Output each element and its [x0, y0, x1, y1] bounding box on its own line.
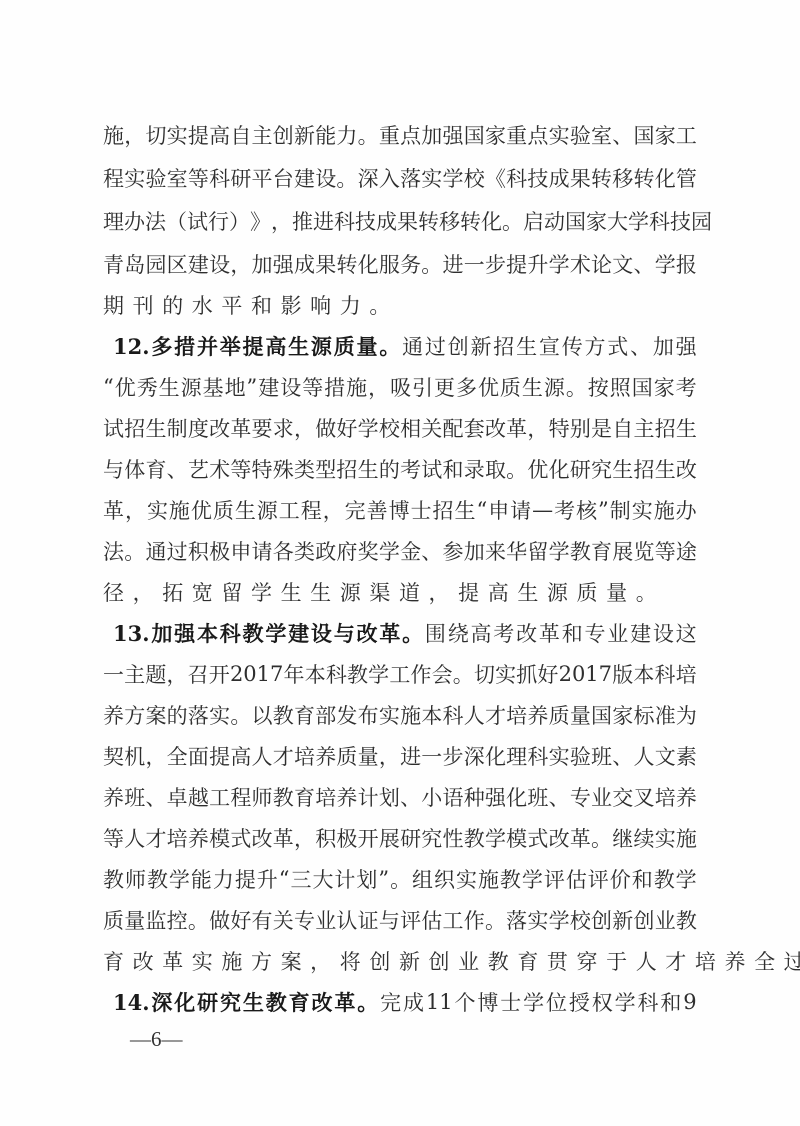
text-glyph: 生	[516, 331, 537, 361]
text-glyph: 工	[443, 905, 464, 935]
text-glyph: 照	[610, 372, 631, 402]
text-glyph: 士	[500, 987, 521, 1017]
text-glyph: 教	[570, 536, 591, 566]
text-glyph: 科	[209, 163, 230, 193]
text-glyph: 优	[527, 454, 548, 484]
heading-glyph: 究	[220, 987, 241, 1017]
text-glyph: 技	[355, 206, 376, 236]
text-glyph: 等	[103, 823, 124, 853]
text-glyph: 生	[159, 372, 180, 402]
text-glyph: 家	[654, 372, 675, 402]
text-glyph: 留	[221, 577, 242, 607]
text-glyph: 生	[517, 577, 538, 607]
text-glyph: 施	[169, 495, 190, 525]
text-glyph: 积	[315, 823, 336, 853]
text-glyph: 积	[188, 536, 209, 566]
text-glyph: 能	[315, 120, 336, 150]
text-glyph: 转	[336, 249, 357, 279]
text-glyph: 成	[294, 249, 315, 279]
text-glyph: 验	[570, 120, 591, 150]
text-glyph: 。	[591, 823, 612, 853]
text-glyph: 育	[591, 536, 612, 566]
text-glyph: 育	[294, 782, 315, 812]
text-glyph: 方	[584, 331, 605, 361]
text-glyph: 科	[334, 206, 355, 236]
text-glyph: 试	[421, 454, 442, 484]
text-glyph: 卓	[167, 782, 188, 812]
heading-glyph: 改	[312, 987, 333, 1017]
text-glyph: 程	[301, 495, 322, 525]
text-glyph: 进	[313, 206, 334, 236]
text-glyph: ，	[368, 372, 389, 402]
text-glyph: 工	[209, 782, 230, 812]
text-glyph: 响	[310, 290, 331, 320]
text-glyph: 9	[683, 990, 696, 1014]
text-glyph: 继	[612, 823, 633, 853]
heading-glyph: 14.	[113, 990, 150, 1015]
text-glyph: 年	[284, 659, 305, 689]
text-glyph: 革	[506, 413, 527, 443]
text-glyph: 质	[549, 700, 570, 730]
text-glyph: 才	[273, 741, 294, 771]
text-glyph: 展	[612, 536, 633, 566]
text-glyph: 生	[358, 454, 379, 484]
text-glyph: 径	[103, 577, 124, 607]
text-glyph: 览	[633, 536, 654, 566]
text-glyph: ，	[145, 741, 166, 771]
text-glyph: 。	[124, 536, 145, 566]
paragraph-line: 育改革实施方案，将创新创业教育贯穿于人才培养全过程。	[103, 946, 697, 976]
paragraph-line: 程实验室等科研平台建设。深入落实学校《科技成果转移转化管	[103, 163, 697, 193]
text-glyph: 大	[607, 206, 628, 236]
text-glyph: 好	[537, 659, 558, 689]
text-glyph: 度	[188, 413, 209, 443]
text-glyph: 教	[464, 823, 485, 853]
text-glyph: 的	[167, 700, 188, 730]
text-glyph: 移	[612, 163, 633, 193]
paragraph-line: 养方案的落实。以教育部发布实施本科人才培养质量国家标准为	[103, 700, 697, 730]
page-number: —6—	[130, 1027, 183, 1052]
text-glyph: 养	[103, 782, 124, 812]
text-glyph: 转	[633, 163, 654, 193]
text-glyph: 。	[390, 864, 411, 894]
text-glyph: 引	[412, 372, 433, 402]
text-glyph: 开	[209, 659, 230, 689]
text-glyph: 培	[294, 741, 315, 771]
heading-glyph: 。	[357, 987, 378, 1017]
text-glyph: 家	[485, 120, 506, 150]
text-glyph: 学	[485, 823, 506, 853]
paragraph-line: 养班、卓越工程师教育培养计划、小语种强化班、专业交叉培养	[103, 782, 697, 812]
text-glyph: 相	[400, 413, 421, 443]
text-glyph: 宽	[192, 577, 213, 607]
text-glyph: 参	[443, 536, 464, 566]
heading-glyph: 高	[265, 331, 286, 361]
text-glyph: 道	[399, 577, 420, 607]
text-glyph: 科	[443, 700, 464, 730]
text-glyph: 叉	[633, 782, 654, 812]
paragraph-line: 青岛园区建设，加强成果转化服务。进一步提升学术论文、学报	[103, 249, 697, 279]
paragraph-line: 革，实施优质生源工程，完善博士招生“申请—考核”制实施办	[103, 495, 697, 525]
text-glyph: ，	[133, 577, 154, 607]
text-glyph: 博	[389, 495, 410, 525]
text-glyph: 平	[252, 163, 273, 193]
text-glyph: 组	[412, 864, 433, 894]
heading-glyph: 。	[379, 331, 400, 361]
text-glyph: 强	[273, 249, 294, 279]
paragraph-line: 教师教学能力提升“三大计划”。组织实施教学评估评价和教学	[103, 864, 697, 894]
text-glyph: 。	[566, 372, 587, 402]
text-glyph: 养	[315, 741, 336, 771]
text-glyph: 实	[456, 864, 477, 894]
text-glyph: 实	[421, 163, 442, 193]
text-glyph: 国	[632, 372, 653, 402]
text-glyph: 程	[230, 782, 251, 812]
text-glyph: 教	[273, 782, 294, 812]
text-glyph: 会	[432, 659, 453, 689]
text-glyph: 11	[426, 990, 453, 1014]
text-glyph: 过	[784, 946, 800, 976]
text-glyph: 报	[676, 249, 697, 279]
text-glyph: 岛	[124, 249, 145, 279]
text-glyph: 招	[433, 495, 454, 525]
heading-glyph: 多	[151, 331, 172, 361]
text-glyph: 计	[334, 864, 355, 894]
text-glyph: 、	[633, 249, 654, 279]
text-glyph: 实	[209, 700, 230, 730]
heading-glyph: 革	[379, 618, 400, 648]
text-glyph: 请	[252, 536, 273, 566]
text-glyph: 术	[570, 249, 591, 279]
text-glyph: 究	[421, 823, 442, 853]
text-glyph: 落	[188, 700, 209, 730]
text-glyph: 动	[544, 206, 565, 236]
text-glyph: 管	[676, 163, 697, 193]
text-glyph: 主	[633, 413, 654, 443]
text-glyph: 强	[443, 120, 464, 150]
text-glyph: 教	[347, 659, 368, 689]
text-glyph: 校	[570, 905, 591, 935]
text-glyph: 化	[485, 741, 506, 771]
text-glyph: 。	[188, 905, 209, 935]
text-glyph: 实	[147, 495, 168, 525]
text-glyph: 。	[453, 659, 474, 689]
text-glyph: 源	[547, 577, 568, 607]
text-glyph: 式	[527, 823, 548, 853]
heading-glyph: 研	[197, 987, 218, 1017]
text-glyph: 班	[591, 741, 612, 771]
text-glyph: 人	[636, 946, 657, 976]
text-glyph: 化	[506, 782, 527, 812]
text-glyph: 生	[522, 372, 543, 402]
text-glyph: 源	[544, 372, 565, 402]
text-glyph: 生	[281, 577, 302, 607]
text-glyph: 生	[676, 413, 697, 443]
text-glyph: 实	[495, 659, 516, 689]
text-glyph: 一	[103, 659, 124, 689]
text-glyph: ”	[598, 498, 609, 522]
text-glyph: 国	[591, 700, 612, 730]
text-glyph: 政	[315, 536, 336, 566]
text-glyph: 契	[103, 741, 124, 771]
text-glyph: 的	[162, 290, 183, 320]
text-glyph: 于	[606, 946, 627, 976]
paragraph-line: 等人才培养模式改革，积极开展研究性教学模式改革。继续实施	[103, 823, 697, 853]
text-glyph: 的	[379, 454, 400, 484]
text-glyph: 估	[421, 905, 442, 935]
text-glyph: 施	[400, 700, 421, 730]
text-glyph: 深	[464, 741, 485, 771]
text-glyph: 室	[167, 163, 188, 193]
text-glyph: 申	[488, 495, 509, 525]
text-glyph: 提	[188, 120, 209, 150]
text-glyph: 式	[230, 823, 251, 853]
text-glyph: 将	[340, 946, 361, 976]
text-glyph: 设	[315, 163, 336, 193]
text-glyph: 改	[676, 454, 697, 484]
text-glyph: ，	[294, 413, 315, 443]
heading-glyph: 科	[220, 618, 241, 648]
text-glyph: 专	[584, 618, 605, 648]
text-glyph: 制	[167, 413, 188, 443]
text-glyph: 高	[488, 577, 509, 607]
text-glyph: 拓	[162, 577, 183, 607]
text-glyph: 部	[315, 700, 336, 730]
text-glyph: 学	[615, 987, 636, 1017]
text-glyph: 施	[221, 946, 242, 976]
text-glyph: 新	[399, 946, 420, 976]
text-glyph: 金	[400, 536, 421, 566]
text-glyph: 质	[336, 741, 357, 771]
text-glyph: 秀	[137, 372, 158, 402]
text-glyph: 做	[209, 905, 230, 935]
text-glyph: 创	[448, 331, 469, 361]
text-glyph: 《	[485, 163, 506, 193]
text-glyph: 性	[443, 823, 464, 853]
text-glyph: 生	[612, 454, 633, 484]
section-heading-line: 12.多措并举提高生源质量。通过创新招生宣传方式、加强	[113, 331, 697, 361]
text-glyph: 文	[612, 249, 633, 279]
text-glyph: 通	[145, 536, 166, 566]
heading-glyph: 生	[243, 987, 264, 1017]
text-glyph: 国	[464, 120, 485, 150]
text-glyph: 证	[358, 905, 379, 935]
text-glyph: 善	[367, 495, 388, 525]
text-glyph: 施	[346, 372, 367, 402]
text-glyph: 、	[167, 454, 188, 484]
text-glyph: 学	[628, 206, 649, 236]
text-glyph: 室	[591, 120, 612, 150]
text-glyph: 力	[336, 120, 357, 150]
heading-glyph: 改	[357, 618, 378, 648]
text-glyph: 才	[485, 700, 506, 730]
text-glyph: 学	[379, 536, 400, 566]
text-glyph: 版	[612, 659, 633, 689]
text-glyph: 。	[636, 577, 657, 607]
text-glyph: 质	[577, 577, 598, 607]
text-glyph: 施	[676, 823, 697, 853]
text-glyph: 准	[655, 700, 676, 730]
paragraph-line: 一主题，召开2017年本科教学工作会。切实抓好2017版本科培	[103, 659, 697, 689]
text-glyph: 量	[124, 905, 145, 935]
text-glyph: 校	[379, 413, 400, 443]
text-glyph: 完	[345, 495, 366, 525]
text-glyph: 区	[167, 249, 188, 279]
text-glyph: 招	[493, 331, 514, 361]
text-glyph: 实	[549, 120, 570, 150]
heading-glyph: 13.	[113, 621, 150, 646]
text-glyph: 别	[570, 413, 591, 443]
text-glyph: 业	[315, 905, 336, 935]
text-glyph: 验	[570, 741, 591, 771]
text-glyph: 考	[400, 454, 421, 484]
text-glyph: 成	[376, 206, 397, 236]
text-glyph: 改	[252, 823, 273, 853]
text-glyph: 、	[421, 536, 442, 566]
text-glyph: ，	[323, 495, 344, 525]
text-glyph: 艺	[188, 454, 209, 484]
text-glyph: 革	[539, 618, 560, 648]
text-glyph: 法	[103, 536, 124, 566]
text-glyph: 考	[554, 495, 575, 525]
text-glyph: 好	[336, 413, 357, 443]
text-glyph: 研	[400, 823, 421, 853]
text-glyph: 全	[167, 741, 188, 771]
text-glyph: 方	[251, 946, 272, 976]
text-glyph: 国	[633, 120, 654, 150]
text-glyph: 。	[421, 249, 442, 279]
text-glyph: 果	[397, 206, 418, 236]
text-glyph: 行	[208, 206, 229, 236]
text-glyph: 育	[145, 454, 166, 484]
text-glyph: 养	[676, 782, 697, 812]
text-glyph: 加	[421, 120, 442, 150]
text-glyph: 优	[478, 372, 499, 402]
text-glyph: 主	[124, 659, 145, 689]
text-glyph: 控	[167, 905, 188, 935]
text-glyph: 办	[124, 206, 145, 236]
text-glyph: ”	[247, 375, 258, 399]
text-glyph: 才	[145, 823, 166, 853]
text-glyph: 移	[439, 206, 460, 236]
text-glyph: 穿	[577, 946, 598, 976]
text-glyph: 作	[410, 659, 431, 689]
text-glyph: 。	[336, 163, 357, 193]
text-glyph: 。	[485, 905, 506, 935]
text-glyph: 提	[235, 864, 256, 894]
text-glyph: 型	[315, 454, 336, 484]
text-glyph: 、	[630, 331, 651, 361]
text-glyph: 等	[302, 372, 323, 402]
text-glyph: 。	[358, 120, 379, 150]
text-glyph: 源	[257, 495, 278, 525]
text-glyph: 与	[379, 905, 400, 935]
text-glyph: 业	[655, 905, 676, 935]
text-glyph: 建	[630, 618, 651, 648]
text-glyph: 学	[523, 987, 544, 1017]
text-glyph: 点	[527, 120, 548, 150]
heading-glyph: 措	[174, 331, 195, 361]
text-glyph: 面	[188, 741, 209, 771]
text-glyph: 验	[145, 163, 166, 193]
text-glyph: 工	[279, 495, 300, 525]
text-glyph: 提	[209, 741, 230, 771]
text-glyph: 考	[676, 372, 697, 402]
text-glyph: 和	[443, 454, 464, 484]
text-glyph: 专	[570, 782, 591, 812]
text-glyph: 师	[125, 864, 146, 894]
text-glyph: 切	[474, 659, 495, 689]
text-glyph: 理	[506, 741, 527, 771]
text-glyph: 。	[230, 700, 251, 730]
text-glyph: 养	[527, 700, 548, 730]
text-glyph: 价	[610, 864, 631, 894]
text-glyph: 》	[250, 206, 271, 236]
text-glyph: 为	[676, 700, 697, 730]
text-glyph: 培	[315, 782, 336, 812]
text-glyph: 题	[145, 659, 166, 689]
text-glyph: 科	[527, 741, 548, 771]
text-glyph: —	[532, 498, 553, 522]
text-glyph: 措	[324, 372, 345, 402]
text-glyph: 2017	[559, 662, 612, 686]
text-glyph: 博	[477, 987, 498, 1017]
text-glyph: 进	[400, 741, 421, 771]
text-glyph: 殊	[273, 454, 294, 484]
heading-glyph: 强	[174, 618, 195, 648]
text-glyph: 学	[358, 413, 379, 443]
text-glyph: 2017	[230, 662, 283, 686]
text-glyph: 案	[281, 946, 302, 976]
text-glyph: 园	[145, 249, 166, 279]
text-glyph: 创	[429, 946, 450, 976]
text-glyph: 设	[653, 618, 674, 648]
text-glyph: 国	[565, 206, 586, 236]
text-glyph: 革	[230, 413, 251, 443]
text-glyph: 教	[488, 946, 509, 976]
text-glyph: 能	[191, 864, 212, 894]
text-glyph: 量	[570, 700, 591, 730]
heading-glyph: 质	[334, 331, 355, 361]
text-glyph: 加	[464, 536, 485, 566]
text-glyph: 科	[506, 163, 527, 193]
text-glyph: 实	[124, 163, 145, 193]
text-glyph: 录	[464, 454, 485, 484]
text-glyph: “	[103, 375, 114, 399]
text-glyph: 培	[506, 700, 527, 730]
text-glyph: 生	[310, 577, 331, 607]
section-heading-line: 14.深化研究生教育改革。完成11个博士学位授权学科和9	[113, 987, 697, 1017]
text-glyph: 制	[610, 495, 631, 525]
text-glyph: 源	[181, 372, 202, 402]
text-glyph: 自	[230, 120, 251, 150]
text-glyph: 请	[510, 495, 531, 525]
text-glyph: 机	[124, 741, 145, 771]
text-glyph: 家	[655, 120, 676, 150]
text-glyph: 推	[292, 206, 313, 236]
text-glyph: 质	[213, 495, 234, 525]
text-glyph: 化	[481, 206, 502, 236]
text-glyph: 建	[258, 372, 279, 402]
text-glyph: 多	[456, 372, 477, 402]
text-glyph: 估	[566, 864, 587, 894]
text-glyph: “	[279, 867, 290, 891]
text-glyph: ，	[125, 495, 146, 525]
text-glyph: 培	[695, 946, 716, 976]
text-glyph: 织	[434, 864, 455, 894]
text-glyph: 绕	[448, 618, 469, 648]
text-glyph: 语	[443, 782, 464, 812]
